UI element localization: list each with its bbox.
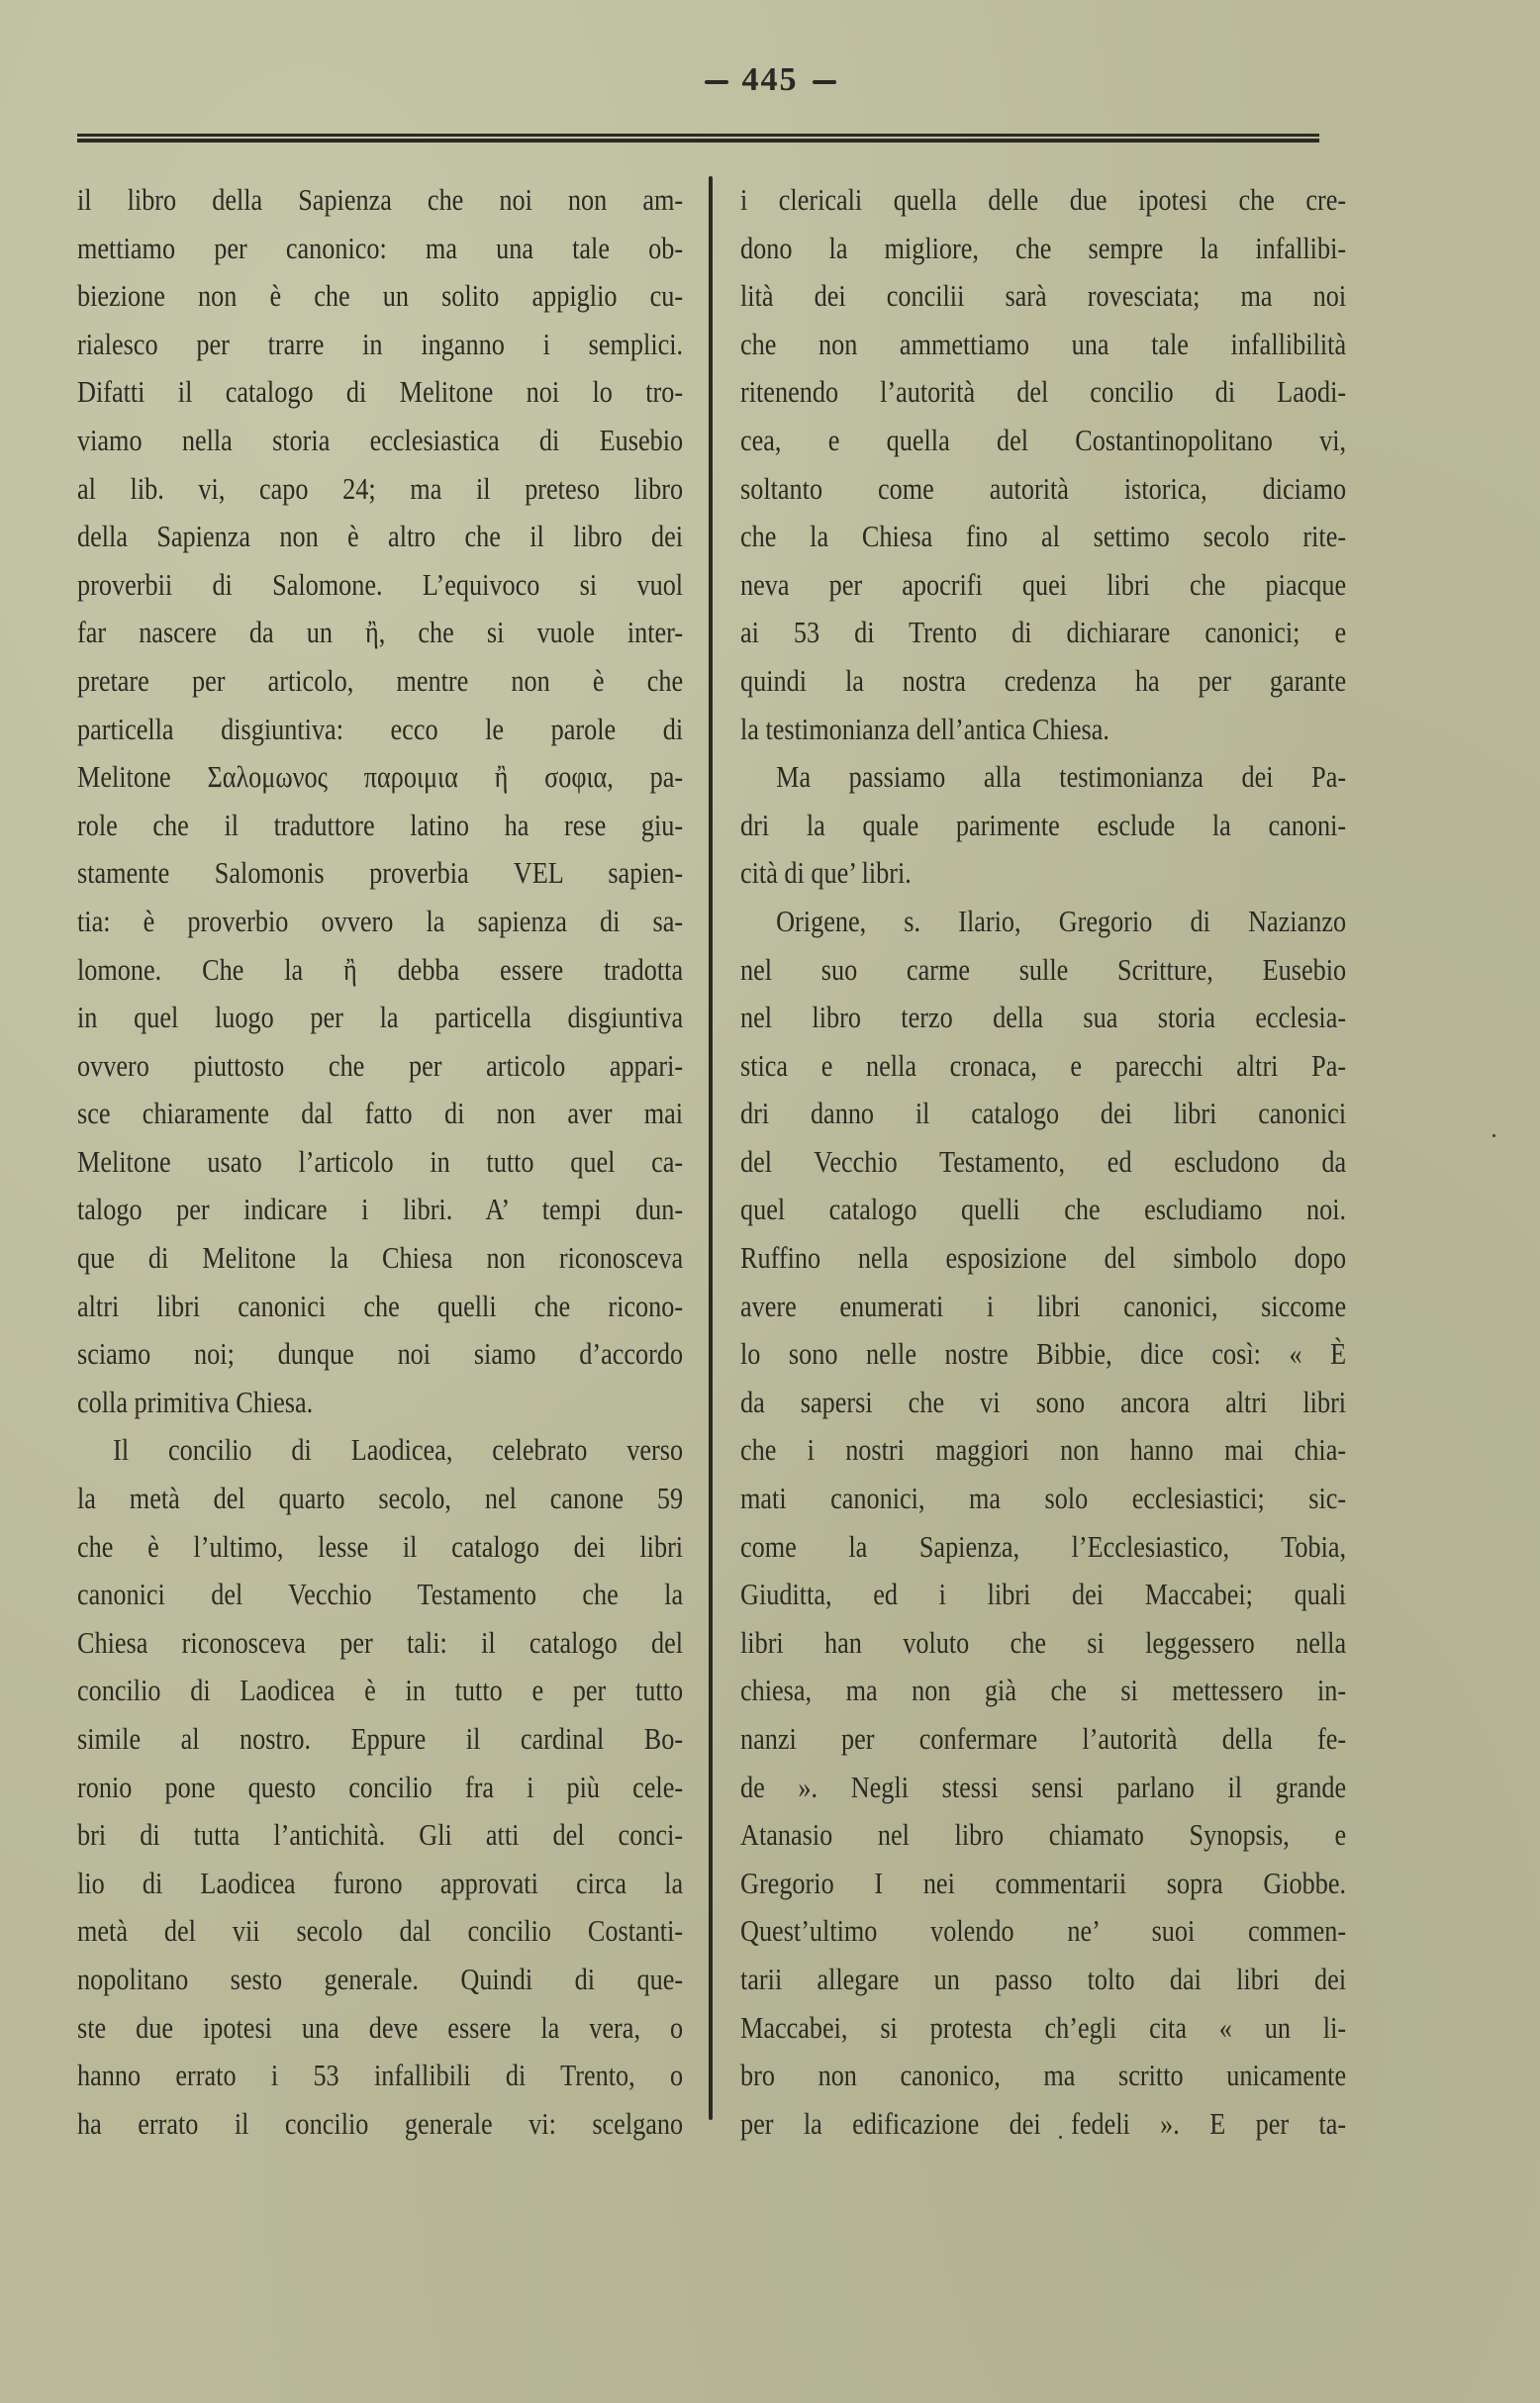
text-line: bri di tutta l’antichità. Gli atti del c… (77, 1811, 683, 1860)
text-line: rialesco per trarre in inganno i semplic… (77, 321, 683, 369)
header-dash-left (705, 80, 728, 84)
text-line: che la Chiesa fino al settimo secolo rit… (740, 513, 1346, 561)
text-line: sce chiaramente dal fatto di non aver ma… (77, 1090, 683, 1138)
text-line: bro non canonico, ma scritto unicamente (740, 2052, 1346, 2100)
left-text-column: il libro della Sapienza che noi non am- … (77, 176, 683, 2148)
text-line: libri han voluto che si leggessero nella (740, 1619, 1346, 1668)
header-dash-right (813, 80, 836, 84)
ink-speck (1492, 1134, 1495, 1137)
paragraph-end-line: colla primitiva Chiesa. (77, 1379, 683, 1427)
text-line: talogo per indicare i libri. A’ tempi du… (77, 1186, 683, 1234)
text-line: pretare per articolo, mentre non è che (77, 657, 683, 706)
page-number: 445 (742, 61, 799, 98)
text-line: Chiesa riconosceva per tali: il catalogo… (77, 1619, 683, 1668)
text-line: viamo nella storia ecclesiastica di Euse… (77, 417, 683, 465)
text-line: hanno errato i 53 infallibili di Trento,… (77, 2052, 683, 2100)
paragraph-start-line: Origene, s. Ilario, Gregorio di Nazianzo (740, 898, 1346, 946)
paragraph-start-line: Ma passiamo alla testimonianza dei Pa- (740, 753, 1346, 802)
text-line: Difatti il catalogo di Melitone noi lo t… (77, 368, 683, 417)
text-line: que di Melitone la Chiesa non riconoscev… (77, 1234, 683, 1283)
text-line: nel libro terzo della sua storia ecclesi… (740, 994, 1346, 1042)
text-line: per la edificazione dei fedeli ». E per … (740, 2100, 1346, 2149)
text-line: ha errato il concilio generale vi: scelg… (77, 2100, 683, 2149)
text-line: lomone. Che la ἢ debba essere tradotta (77, 946, 683, 995)
text-line: tia: è proverbio ovvero la sapienza di s… (77, 898, 683, 946)
text-line: lo sono nelle nostre Bibbie, dice così: … (740, 1330, 1346, 1379)
text-line: simile al nostro. Eppure il cardinal Bo- (77, 1715, 683, 1764)
text-line: Quest’ultimo volendo ne’ suoi commen- (740, 1907, 1346, 1956)
text-line: Gregorio I nei commentarii sopra Giobbe. (740, 1860, 1346, 1908)
text-line: chiesa, ma non già che si mettessero in- (740, 1667, 1346, 1715)
text-line: Atanasio nel libro chiamato Synopsis, e (740, 1811, 1346, 1860)
text-line: lità dei concilii sarà rovesciata; ma no… (740, 272, 1346, 321)
text-line: cea, e quella del Costantinopolitano vi, (740, 417, 1346, 465)
text-line: dono la migliore, che sempre la infallib… (740, 225, 1346, 273)
text-line: il libro della Sapienza che noi non am- (77, 176, 683, 225)
text-line: che i nostri maggiori non hanno mai chia… (740, 1426, 1346, 1475)
text-line: avere enumerati i libri canonici, siccom… (740, 1283, 1346, 1331)
text-line: Melitone Σαλομωνος παροιμια ἢ σοφια, pa- (77, 753, 683, 802)
text-line: del Vecchio Testamento, ed escludono da (740, 1138, 1346, 1187)
text-line: mettiamo per canonico: ma una tale ob- (77, 225, 683, 273)
text-line: ronio pone questo concilio fra i più cel… (77, 1764, 683, 1812)
text-line: al lib. vi, capo 24; ma il preteso libro (77, 465, 683, 514)
text-line: biezione non è che un solito appiglio cu… (77, 272, 683, 321)
text-line: de ». Negli stessi sensi parlano il gran… (740, 1764, 1346, 1812)
text-line: che non ammettiamo una tale infallibilit… (740, 321, 1346, 369)
text-line: sciamo noi; dunque noi siamo d’accordo (77, 1330, 683, 1379)
text-line: ovvero piuttosto che per articolo appari… (77, 1042, 683, 1091)
text-line: ste due ipotesi una deve essere la vera,… (77, 2004, 683, 2053)
paragraph-start-line: Il concilio di Laodicea, celebrato verso (77, 1426, 683, 1475)
text-line: nanzi per confermare l’autorità della fe… (740, 1715, 1346, 1764)
paragraph-end-line: cità di que’ libri. (740, 849, 1346, 898)
text-line: nopolitano sesto generale. Quindi di que… (77, 1956, 683, 2004)
text-line: mati canonici, ma solo ecclesiastici; si… (740, 1475, 1346, 1523)
text-line: canonici del Vecchio Testamento che la (77, 1571, 683, 1619)
text-line: ritenendo l’autorità del concilio di Lao… (740, 368, 1346, 417)
text-line: Melitone usato l’articolo in tutto quel … (77, 1138, 683, 1187)
text-line: da sapersi che vi sono ancora altri libr… (740, 1379, 1346, 1427)
text-line: stamente Salomonis proverbia VEL sapien- (77, 849, 683, 898)
text-line: particella disgiuntiva: ecco le parole d… (77, 706, 683, 754)
text-line: far nascere da un ἢ, che si vuole inter- (77, 609, 683, 657)
text-line: Ruffino nella esposizione del simbolo do… (740, 1234, 1346, 1283)
text-line: concilio di Laodicea è in tutto e per tu… (77, 1667, 683, 1715)
text-line: i clericali quella delle due ipotesi che… (740, 176, 1346, 225)
text-line: quindi la nostra credenza ha per garante (740, 657, 1346, 706)
page-number-header: 445 (0, 61, 1540, 99)
text-line: proverbii di Salomone. L’equivoco si vuo… (77, 561, 683, 610)
column-divider-rule (709, 176, 713, 2120)
text-line: in quel luogo per la particella disgiunt… (77, 994, 683, 1042)
text-line: role che il traduttore latino ha rese gi… (77, 802, 683, 850)
text-line: stica e nella cronaca, e parecchi altri … (740, 1042, 1346, 1091)
ink-speck (1059, 2136, 1062, 2139)
text-line: lio di Laodicea furono approvati circa l… (77, 1860, 683, 1908)
right-text-column: i clericali quella delle due ipotesi che… (740, 176, 1346, 2148)
text-line: neva per apocrifi quei libri che piacque (740, 561, 1346, 610)
text-line: dri la quale parimente esclude la canoni… (740, 802, 1346, 850)
text-line: quel catalogo quelli che escludiamo noi. (740, 1186, 1346, 1234)
text-line: della Sapienza non è altro che il libro … (77, 513, 683, 561)
header-double-rule (77, 134, 1319, 143)
text-line: che è l’ultimo, lesse il catalogo dei li… (77, 1523, 683, 1572)
text-line: nel suo carme sulle Scritture, Eusebio (740, 946, 1346, 995)
text-line: soltanto come autorità istorica, diciamo (740, 465, 1346, 514)
paragraph-end-line: la testimonianza dell’antica Chiesa. (740, 706, 1346, 754)
text-line: dri danno il catalogo dei libri canonici (740, 1090, 1346, 1138)
text-line: Maccabei, si protesta ch’egli cita « un … (740, 2004, 1346, 2053)
text-line: la metà del quarto secolo, nel canone 59 (77, 1475, 683, 1523)
text-line: ai 53 di Trento di dichiarare canonici; … (740, 609, 1346, 657)
text-line: tarii allegare un passo tolto dai libri … (740, 1956, 1346, 2004)
text-line: Giuditta, ed i libri dei Maccabei; quali (740, 1571, 1346, 1619)
text-line: come la Sapienza, l’Ecclesiastico, Tobia… (740, 1523, 1346, 1572)
text-line: metà del vii secolo dal concilio Costant… (77, 1907, 683, 1956)
text-line: altri libri canonici che quelli che rico… (77, 1283, 683, 1331)
